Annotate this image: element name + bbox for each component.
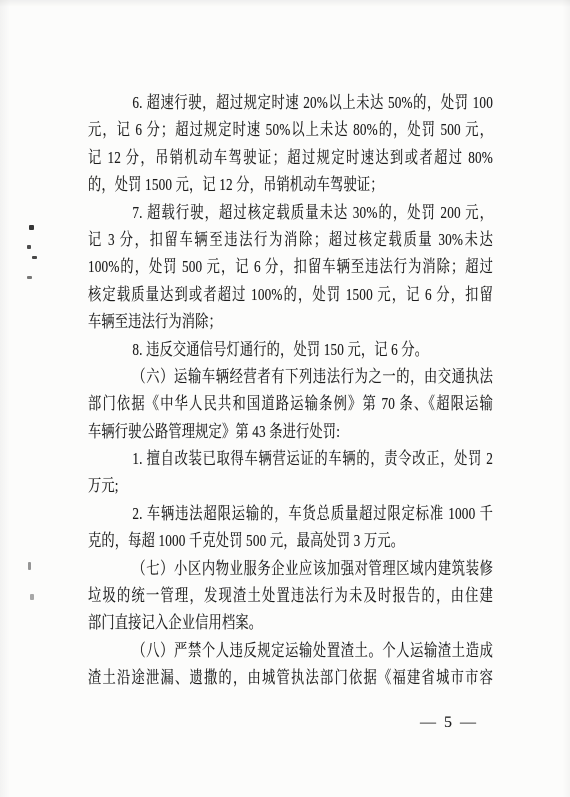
text-line: 车辆至违法行为消除； <box>88 308 493 335</box>
text-line: 的，处罚 1500 元，记 12 分，吊销机动车驾驶证； <box>88 171 493 198</box>
text-line: （六）运输车辆经营者有下列违法行为之一的，由交通执法 <box>88 363 493 390</box>
text-line: 6. 超速行驶，超过规定时速 20%以上未达 50%的，处罚 100 <box>88 89 493 116</box>
text-line: 克的，每超 1000 千克处罚 500 元，最高处罚 3 万元。 <box>88 527 493 554</box>
text-line: 2. 车辆违法超限运输的，车货总质量超过限定标准 1000 千 <box>88 500 493 527</box>
text-line: 渣土沿途泄漏、遗撒的，由城管执法部门依据《福建省城市市容 <box>88 664 493 691</box>
scan-speck <box>28 562 31 570</box>
text-line: 1. 擅自改装已取得车辆营运证的车辆的，责令改正，处罚 2 <box>88 445 493 472</box>
text-line: 8. 违反交通信号灯通行的，处罚 150 元，记 6 分。 <box>88 336 493 363</box>
text-line: 记 3 分，扣留车辆至违法行为消除；超过核定载质量 30%未达 <box>88 226 493 253</box>
scan-speck <box>30 594 34 600</box>
scan-speck <box>32 256 37 259</box>
text-line: 记 12 分，吊销机动车驾驶证；超过规定时速达到或者超过 80% <box>88 144 493 171</box>
document-body: 6. 超速行驶，超过规定时速 20%以上未达 50%的，处罚 100元，记 6 … <box>88 89 570 692</box>
text-line: 垃圾的统一管理，发现渣土处置违法行为未及时报告的，由住建 <box>88 582 493 609</box>
scan-speck <box>27 245 31 249</box>
text-line: 部门依据《中华人民共和国道路运输条例》第 70 条、《超限运输 <box>88 390 493 417</box>
text-line: 车辆行驶公路管理规定》第 43 条进行处罚: <box>88 418 493 445</box>
scanned-page: 6. 超速行驶，超过规定时速 20%以上未达 50%的，处罚 100元，记 6 … <box>0 0 570 797</box>
text-line: 元，记 6 分；超过规定时速 50%以上未达 80%的，处罚 500 元， <box>88 116 493 143</box>
text-line: 7. 超载行驶，超过核定载质量未达 30%的，处罚 200 元， <box>88 199 493 226</box>
text-line: 万元; <box>88 472 493 499</box>
scan-speck <box>27 276 32 279</box>
text-line: 核定载质量达到或者超过 100%的，处罚 1500 元，记 6 分，扣留 <box>88 281 493 308</box>
text-line: 100%的，处罚 500 元，记 6 分，扣留车辆至违法行为消除；超过 <box>88 253 493 280</box>
scan-speck <box>29 225 34 230</box>
page-number: — 5 — <box>420 714 478 732</box>
text-line: （八）严禁个人违反规定运输处置渣土。个人运输渣土造成 <box>88 637 493 664</box>
text-line: （七）小区内物业服务企业应该加强对管理区域内建筑装修 <box>88 555 493 582</box>
text-line: 部门直接记入企业信用档案。 <box>88 609 493 636</box>
